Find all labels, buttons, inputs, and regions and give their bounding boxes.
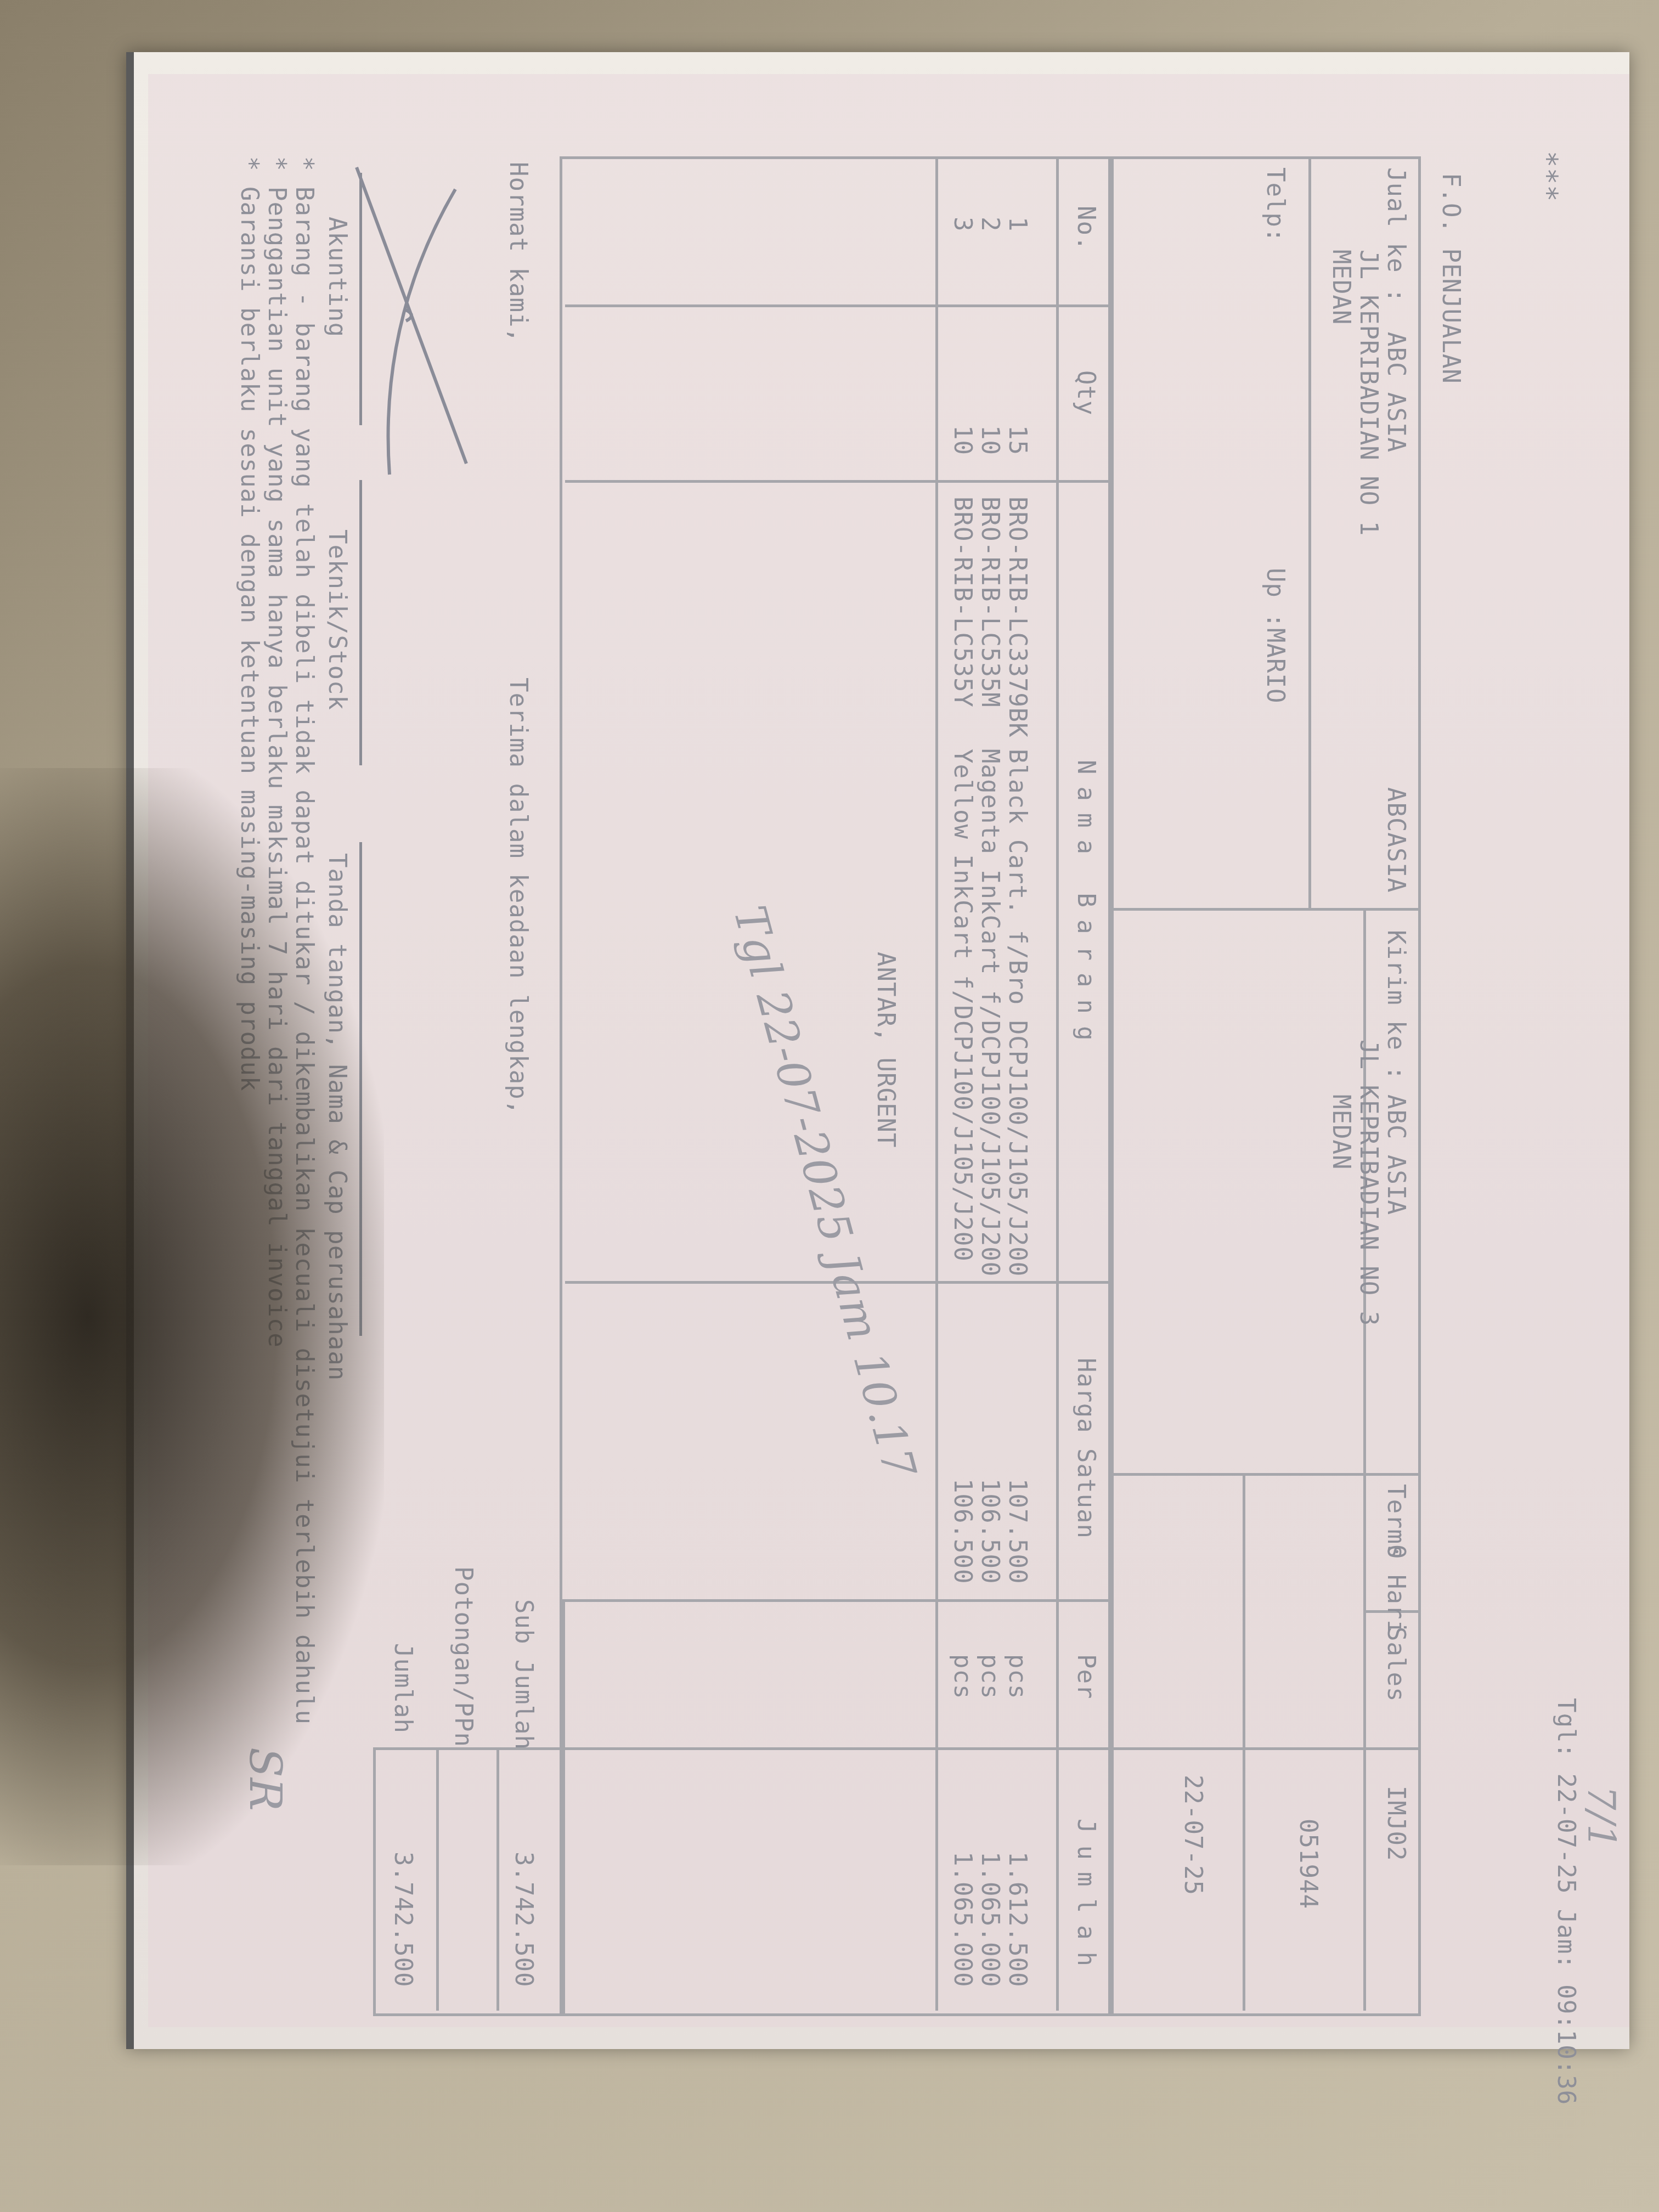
row-code: BRO-RIB-LC535M [976, 496, 1004, 708]
row-price: 106.500 [949, 1479, 977, 1584]
row-name: Yellow InkCart f/DCPJ100/J105/J200 [949, 749, 977, 1262]
received-text: Terima dalam keadaan lengkap, [504, 678, 532, 1115]
row-qty: 10 [976, 425, 1004, 455]
col-qty: Qty [1072, 370, 1100, 415]
discount-label: Potongan/PPn [449, 1566, 477, 1747]
row-no: 2 [976, 217, 1004, 232]
sign-stock: Teknik/Stock [323, 529, 351, 710]
total-label: Jumlah [389, 1643, 417, 1734]
sold-to-label: Jual ke : [1382, 167, 1410, 303]
ship-to-label: Kirim ke : [1382, 930, 1410, 1081]
footer-note: * Garansi berlaku sesuai dengan ketentua… [235, 156, 263, 1091]
total-value: 3.742.500 [389, 1852, 417, 1987]
subtotal-value: 3.742.500 [510, 1852, 538, 1987]
terms-value: 0 Hari [1382, 1544, 1410, 1635]
sales-invoice: *** F.O. PENJUALAN Tgl: 22-07-25 Jam: 09… [148, 74, 1629, 2027]
sold-to-city: MEDAN [1327, 250, 1355, 325]
signature-icon [346, 156, 488, 486]
ship-to-name: ABC ASIA [1382, 1094, 1410, 1215]
col-unit-price: Harga Satuan [1072, 1358, 1100, 1539]
attention: Up :MARIO [1261, 568, 1289, 703]
regards-text: Hormat kami, [504, 162, 532, 343]
ship-to-address: JL KEPRIBADIAN NO 3 [1355, 1040, 1383, 1326]
phone-label: Telp: [1261, 167, 1289, 242]
footer-note: * Penggantian unit yang sama hanya berla… [263, 156, 291, 1348]
handwritten-mark: 7/1 [1579, 1786, 1624, 1849]
invoice-title: F.O. PENJUALAN [1437, 173, 1465, 384]
row-name: Magenta InkCart f/DCPJ100/J105/J200 [976, 749, 1004, 1277]
row-qty: 10 [949, 425, 977, 455]
paper-edge [126, 52, 134, 2049]
row-per: pcs [1003, 1654, 1031, 1699]
sold-to-name: ABC ASIA [1382, 332, 1410, 453]
handwritten-initials: SR [240, 1747, 291, 1812]
invoice-paper: *** F.O. PENJUALAN Tgl: 22-07-25 Jam: 09… [126, 52, 1629, 2049]
order-date: 22-07-25 [1179, 1775, 1207, 1895]
header-mark: *** [1532, 151, 1564, 202]
customer-code: ABCASIA [1382, 787, 1410, 893]
row-code: BRO-RIB-LC3379BK [1003, 496, 1031, 738]
col-per: Per [1072, 1654, 1100, 1699]
order-number: 051944 [1294, 1819, 1322, 1909]
delivery-note: ANTAR, URGENT [872, 952, 900, 1148]
row-amount: 1.065.000 [949, 1852, 977, 1987]
row-no: 3 [949, 217, 977, 232]
row-code: BRO-RIB-LC535Y [949, 496, 977, 708]
row-amount: 1.065.000 [976, 1852, 1004, 1987]
row-per: pcs [976, 1654, 1004, 1699]
col-amount: Jumlah [1072, 1819, 1100, 1978]
subtotal-label: Sub Jumlah [510, 1599, 538, 1750]
col-item-name: Nama Barang [1072, 760, 1100, 1052]
row-name: Black Cart. f/Bro DCPJ100/J105/J200 [1003, 749, 1031, 1277]
date-time: Tgl: 22-07-25 Jam: 09:10:36 [1552, 1698, 1580, 2105]
row-price: 107.500 [1003, 1479, 1031, 1584]
sign-accounting: Akunting [323, 217, 351, 337]
row-qty: 15 [1003, 425, 1031, 455]
row-price: 106.500 [976, 1479, 1004, 1584]
ship-to-city: MEDAN [1327, 1094, 1355, 1170]
col-no: No. [1072, 206, 1100, 251]
sold-to-address: JL KEPRIBADIAN NO 1 [1355, 250, 1383, 536]
row-per: pcs [949, 1654, 977, 1699]
row-no: 1 [1003, 217, 1031, 232]
footer-note: * Barang - barang yang telah dibeli tida… [290, 156, 318, 1725]
row-amount: 1.612.500 [1003, 1852, 1031, 1987]
sales-label: Sales [1382, 1627, 1410, 1702]
sign-company: Tanda tangan, Nama & Cap perusahaan [323, 853, 351, 1381]
sales-value: IMJ02 [1382, 1786, 1410, 1861]
